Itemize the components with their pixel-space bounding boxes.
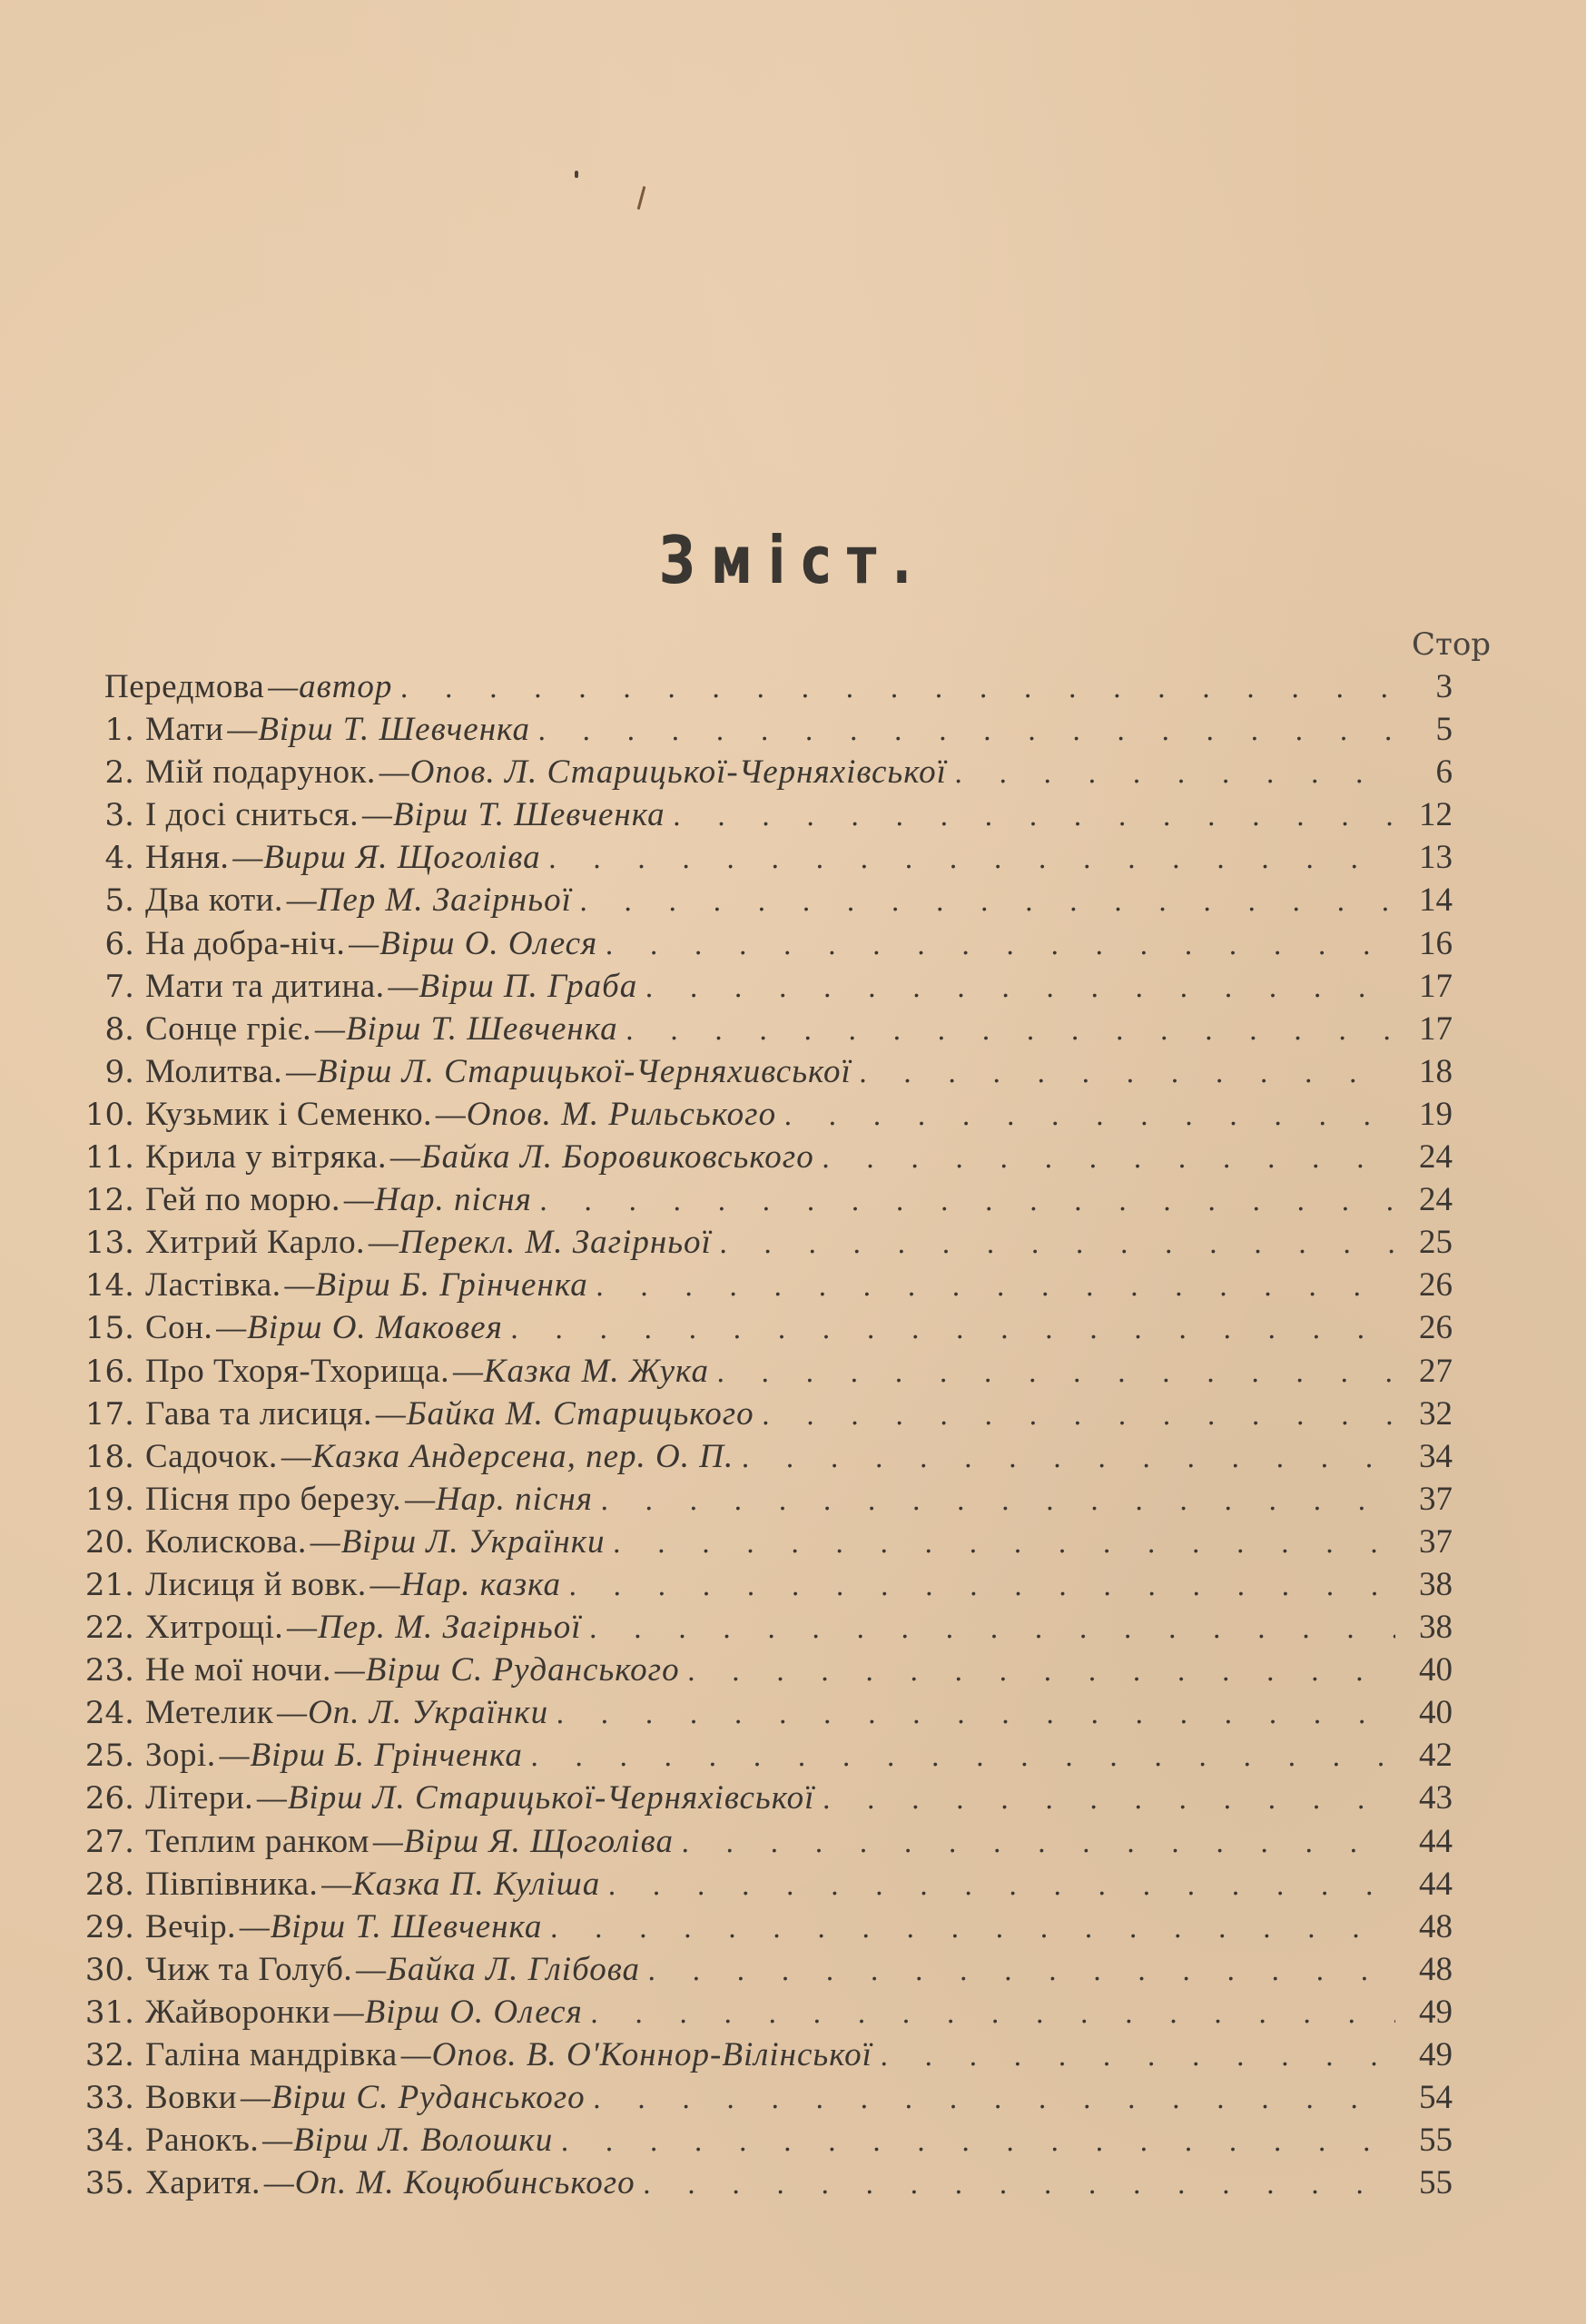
entry-page-number: 18 — [1403, 1050, 1453, 1093]
entry-number: 18. — [54, 1436, 145, 1479]
entry-author: —Вірш Л. Старицької-Черняхівської — [257, 1777, 814, 1819]
entry-title: І досі сниться. — [145, 793, 359, 836]
entry-author: —Вірш Т. Шевченка — [315, 1008, 618, 1050]
entry-author: —Казка П. Куліша — [321, 1863, 600, 1905]
entry-number: 9. — [54, 1051, 145, 1094]
toc-entry: 33. Вовки —Вірш С. Руданського 54 — [54, 2076, 1453, 2119]
entry-author: —Нар. пісня — [405, 1478, 593, 1521]
entry-title: Пісня про березу. — [145, 1478, 401, 1521]
entry-page-number: 26 — [1403, 1264, 1453, 1306]
entry-page-number: 49 — [1403, 2033, 1453, 2076]
dot-leader — [596, 1265, 1395, 1308]
dot-leader — [530, 1736, 1395, 1778]
entry-page-number: 24 — [1403, 1178, 1453, 1221]
entry-page-number: 17 — [1403, 1008, 1453, 1050]
entry-page-number: 12 — [1403, 793, 1453, 836]
entry-title: Ранокъ. — [145, 2119, 259, 2162]
toc-entry: 10. Кузьмик і Семенко. —Опов. М. Рильськ… — [54, 1093, 1453, 1136]
dot-leader — [537, 710, 1395, 753]
entry-title: На добра-ніч. — [145, 922, 345, 965]
entry-number: 30. — [54, 1949, 145, 1992]
entry-number: 10. — [54, 1094, 145, 1137]
entry-title: Про Тхоря-Тхорища. — [145, 1350, 449, 1393]
entry-title: Жайворонки — [145, 1991, 330, 2033]
entry-page-number: 55 — [1403, 2162, 1453, 2204]
entry-page-number: 55 — [1403, 2119, 1453, 2162]
toc-entry: 11. Крила у вітряка. —Байка Л. Боровиков… — [54, 1136, 1453, 1178]
dot-leader — [589, 1608, 1395, 1650]
dot-leader — [510, 1308, 1395, 1351]
entry-page-number: 49 — [1403, 1991, 1453, 2033]
dot-leader — [600, 1480, 1395, 1522]
entry-number: 13. — [54, 1222, 145, 1265]
toc-entry: 8. Сонце гріє. —Вірш Т. Шевченка 17 — [54, 1008, 1453, 1050]
toc-entry: 12. Гей по морю. —Нар. пісня 24 — [54, 1178, 1453, 1221]
entry-author: —Вірш О. Олеся — [334, 1991, 583, 2033]
entry-number: 4. — [54, 837, 145, 880]
entry-page-number: 3 — [1403, 665, 1453, 708]
toc-entry: 7. Мати та дитина. —Вірш П. Граба 17 — [54, 965, 1453, 1008]
dot-leader — [681, 1822, 1395, 1865]
entry-number: 19. — [54, 1479, 145, 1521]
dot-leader — [607, 1865, 1395, 1907]
entry-page-number: 34 — [1403, 1435, 1453, 1478]
table-of-contents: Передмова —автор 3 1. Мати —Вірш Т. Шевч… — [54, 665, 1453, 2204]
toc-entry: 13. Хитрий Карло. —Перекл. М. Загірньої … — [54, 1221, 1453, 1264]
entry-author: —Опов. В. О'Коннор-Вілінської — [401, 2033, 872, 2076]
dot-leader — [568, 1565, 1395, 1608]
dot-leader — [579, 881, 1395, 923]
scanned-page: Зміст. Стор Передмова —автор 3 1. Мати —… — [0, 0, 1586, 2324]
entry-title: Зорі. — [145, 1734, 216, 1777]
entry-page-number: 42 — [1403, 1734, 1453, 1777]
entry-number: 11. — [54, 1137, 145, 1179]
entry-title: Не мої ночи. — [145, 1649, 331, 1691]
entry-number: 21. — [54, 1564, 145, 1607]
entry-number: 16. — [54, 1351, 145, 1393]
entry-author: —Пер М. Загірньої — [287, 879, 572, 921]
toc-entry: 21. Лисиця й вовк. —Нар. казка 38 — [54, 1563, 1453, 1606]
toc-entry: 19. Пісня про березу. —Нар. пісня 37 — [54, 1478, 1453, 1521]
dot-leader — [859, 1052, 1395, 1095]
entry-number: 24. — [54, 1692, 145, 1735]
dot-leader — [762, 1394, 1395, 1437]
entry-title: Мій подарунок. — [145, 751, 376, 793]
entry-number: 8. — [54, 1009, 145, 1051]
entry-title: Вечір. — [145, 1905, 236, 1948]
dot-leader — [560, 2121, 1395, 2163]
dot-leader — [880, 2035, 1395, 2078]
dot-leader — [645, 967, 1395, 1009]
entry-title: Галіна мандрівка — [145, 2033, 398, 2076]
entry-author: —Казка Андерсена, пер. О. П. — [281, 1435, 734, 1478]
entry-author: —Вирш Я. Щоголіва — [232, 836, 540, 879]
entry-author: —Вірш Л. Старицької-Черняхивської — [286, 1050, 852, 1093]
dot-leader — [954, 753, 1395, 795]
entry-author: —Вірш О. Олеся — [349, 922, 597, 965]
entry-page-number: 38 — [1403, 1563, 1453, 1606]
toc-entry: 14. Ластівка. —Вірш Б. Грінченка 26 — [54, 1264, 1453, 1306]
dot-leader — [556, 1693, 1395, 1736]
entry-author: —Вірш Т. Шевченка — [227, 708, 530, 751]
page-title: Зміст. — [174, 522, 1412, 598]
toc-entry: Передмова —автор 3 — [54, 665, 1453, 708]
entry-title: Молитва. — [145, 1050, 282, 1093]
entry-page-number: 25 — [1403, 1221, 1453, 1264]
entry-title: Хитрий Карло. — [145, 1221, 365, 1264]
entry-author: —Казка М. Жука — [453, 1350, 709, 1393]
entry-number: 28. — [54, 1864, 145, 1906]
entry-number: 7. — [54, 966, 145, 1009]
toc-entry: 30. Чиж та Голуб. —Байка Л. Глібова 48 — [54, 1948, 1453, 1991]
entry-page-number: 26 — [1403, 1306, 1453, 1349]
dot-leader — [673, 795, 1395, 838]
dot-leader — [741, 1437, 1395, 1480]
toc-entry: 16. Про Тхоря-Тхорища. —Казка М. Жука 27 — [54, 1350, 1453, 1393]
entry-author: —Байка М. Старицького — [376, 1393, 754, 1435]
dot-leader — [590, 1993, 1395, 2035]
entry-number: 22. — [54, 1607, 145, 1649]
entry-title: Мати та дитина. — [145, 965, 384, 1008]
entry-author: —Вірш Л. Українки — [310, 1521, 606, 1563]
entry-title: Няня. — [145, 836, 229, 879]
toc-entry: 17. Гава та лисиця. —Байка М. Старицьког… — [54, 1393, 1453, 1435]
entry-page-number: 37 — [1403, 1521, 1453, 1563]
entry-author: —Перекл. М. Загірньої — [369, 1221, 712, 1264]
entry-title: Передмова — [104, 665, 264, 708]
dot-leader — [549, 1907, 1395, 1950]
entry-title: Кузьмик і Семенко. — [145, 1093, 432, 1136]
entry-page-number: 17 — [1403, 965, 1453, 1008]
entry-number: 14. — [54, 1265, 145, 1307]
entry-author: —автор — [268, 665, 392, 708]
entry-page-number: 40 — [1403, 1691, 1453, 1734]
entry-number: 31. — [54, 1992, 145, 2034]
dot-leader — [539, 1180, 1395, 1223]
entry-author: —Вірш Б. Грінченка — [284, 1264, 587, 1306]
entry-number: 5. — [54, 880, 145, 922]
entry-author: —Вірш Т. Шевченка — [240, 1905, 543, 1948]
entry-page-number: 5 — [1403, 708, 1453, 751]
dot-leader — [687, 1650, 1395, 1693]
toc-entry: 24. Метелик —Оп. Л. Українки 40 — [54, 1691, 1453, 1734]
ink-speck — [575, 171, 578, 178]
dot-leader — [548, 838, 1395, 881]
entry-author: —Вірш С. Руданського — [241, 2076, 586, 2119]
entry-author: —Байка Л. Боровиковського — [390, 1136, 814, 1178]
entry-page-number: 16 — [1403, 922, 1453, 965]
entry-author: —Оп. Л. Українки — [277, 1691, 548, 1734]
entry-page-number: 40 — [1403, 1649, 1453, 1691]
toc-entry: 35. Харитя. —Оп. М. Коцюбинського 55 — [54, 2162, 1453, 2204]
entry-number: 2. — [54, 752, 145, 794]
entry-page-number: 37 — [1403, 1478, 1453, 1521]
entry-author: —Вірш Б. Грінченка — [220, 1734, 523, 1777]
toc-entry: 31. Жайворонки —Вірш О. Олеся 49 — [54, 1991, 1453, 2033]
dot-leader — [822, 1778, 1395, 1821]
toc-entry: 22. Хитрощі. —Пер. М. Загірньої 38 — [54, 1606, 1453, 1649]
entry-title: Харитя. — [145, 2162, 261, 2204]
toc-entry: 2. Мій подарунок. —Опов. Л. Старицької-Ч… — [54, 751, 1453, 793]
entry-title: Два коти. — [145, 879, 283, 921]
entry-page-number: 27 — [1403, 1350, 1453, 1393]
entry-title: Сонце гріє. — [145, 1008, 311, 1050]
toc-entry: 15. Сон. —Вірш О. Маковея 26 — [54, 1306, 1453, 1349]
dot-leader — [605, 924, 1395, 967]
toc-entry: 3. І досі сниться. —Вірш Т. Шевченка 12 — [54, 793, 1453, 836]
entry-title: Мати — [145, 708, 223, 751]
entry-author: —Вірш О. Маковея — [216, 1306, 503, 1349]
entry-title: Хитрощі. — [145, 1606, 283, 1649]
entry-author: —Вірш Я. Щоголіва — [373, 1820, 674, 1863]
entry-number: 26. — [54, 1777, 145, 1820]
entry-page-number: 32 — [1403, 1393, 1453, 1435]
entry-number: 3. — [54, 794, 145, 837]
ink-speck — [637, 186, 646, 210]
toc-entry: 6. На добра-ніч. —Вірш О. Олеся 16 — [54, 922, 1453, 965]
dot-leader — [822, 1137, 1395, 1180]
entry-author: —Опов. Л. Старицької-Черняхівської — [379, 751, 947, 793]
entry-number: 15. — [54, 1307, 145, 1350]
toc-entry: 4. Няня. —Вирш Я. Щоголіва 13 — [54, 836, 1453, 879]
entry-title: Теплим ранком — [145, 1820, 369, 1863]
entry-title: Сон. — [145, 1306, 212, 1349]
entry-number: 6. — [54, 923, 145, 966]
entry-title: Літери. — [145, 1777, 253, 1819]
entry-number: 12. — [54, 1179, 145, 1222]
dot-leader — [626, 1009, 1395, 1052]
entry-author: —Опов. М. Рильського — [436, 1093, 776, 1136]
entry-title: Гей по морю. — [145, 1178, 340, 1221]
entry-page-number: 19 — [1403, 1093, 1453, 1136]
entry-author: —Нар. казка — [370, 1563, 561, 1606]
toc-entry: 5. Два коти. —Пер М. Загірньої 14 — [54, 879, 1453, 921]
entry-number: 1. — [54, 709, 145, 752]
entry-title: Гава та лисиця. — [145, 1393, 372, 1435]
entry-author: —Вірш Т. Шевченка — [362, 793, 665, 836]
entry-page-number: 44 — [1403, 1863, 1453, 1905]
toc-entry: 18. Садочок. —Казка Андерсена, пер. О. П… — [54, 1435, 1453, 1478]
entry-number: 27. — [54, 1821, 145, 1864]
entry-title: Крила у вітряка. — [145, 1136, 387, 1178]
toc-entry: 26. Літери. —Вірш Л. Старицької-Черняхів… — [54, 1777, 1453, 1819]
entry-author: —Байка Л. Глібова — [356, 1948, 640, 1991]
entry-number: 35. — [54, 2162, 145, 2205]
toc-entry: 1. Мати —Вірш Т. Шевченка 5 — [54, 708, 1453, 751]
entry-title: Ластівка. — [145, 1264, 281, 1306]
toc-entry: 28. Півпівника. —Казка П. Куліша 44 — [54, 1863, 1453, 1905]
entry-page-number: 38 — [1403, 1606, 1453, 1649]
entry-number: 32. — [54, 2034, 145, 2077]
dot-leader — [593, 2078, 1395, 2121]
entry-page-number: 54 — [1403, 2076, 1453, 2119]
entry-author: —Вірш Л. Волошки — [262, 2119, 553, 2162]
dot-leader — [647, 1950, 1395, 1993]
entry-page-number: 6 — [1403, 751, 1453, 793]
entry-page-number: 44 — [1403, 1820, 1453, 1863]
page-column-header: Стор — [1412, 626, 1491, 663]
entry-number: 23. — [54, 1649, 145, 1692]
entry-page-number: 48 — [1403, 1948, 1453, 1991]
entry-title: Чиж та Голуб. — [145, 1948, 352, 1991]
entry-title: Лисиця й вовк. — [145, 1563, 367, 1606]
entry-page-number: 43 — [1403, 1777, 1453, 1819]
dot-leader — [783, 1095, 1395, 1137]
dot-leader — [643, 2163, 1395, 2206]
entry-author: —Нар. пісня — [344, 1178, 532, 1221]
entry-number: 34. — [54, 2120, 145, 2162]
entry-number: 33. — [54, 2077, 145, 2120]
entry-title: Садочок. — [145, 1435, 278, 1478]
entry-title: Метелик — [145, 1691, 273, 1734]
dot-leader — [399, 667, 1395, 710]
toc-entry: 29. Вечір. —Вірш Т. Шевченка 48 — [54, 1905, 1453, 1948]
entry-number: 20. — [54, 1521, 145, 1564]
entry-page-number: 13 — [1403, 836, 1453, 879]
entry-page-number: 14 — [1403, 879, 1453, 921]
entry-title: Колискова. — [145, 1521, 307, 1563]
entry-title: Вовки — [145, 2076, 237, 2119]
entry-title: Півпівника. — [145, 1863, 318, 1905]
dot-leader — [716, 1352, 1395, 1394]
entry-author: —Оп. М. Коцюбинського — [264, 2162, 635, 2204]
entry-number: 25. — [54, 1735, 145, 1777]
entry-number: 29. — [54, 1906, 145, 1949]
entry-author: —Вірш П. Граба — [388, 965, 637, 1008]
dot-leader — [613, 1522, 1395, 1565]
entry-page-number: 48 — [1403, 1905, 1453, 1948]
toc-entry: 9. Молитва. —Вірш Л. Старицької-Черняхив… — [54, 1050, 1453, 1093]
dot-leader — [719, 1223, 1395, 1265]
toc-entry: 23. Не мої ночи. —Вірш С. Руданського 40 — [54, 1649, 1453, 1691]
entry-author: —Пер. М. Загірньої — [287, 1606, 581, 1649]
toc-entry: 25. Зорі. —Вірш Б. Грінченка 42 — [54, 1734, 1453, 1777]
toc-entry: 32. Галіна мандрівка —Опов. В. О'Коннор-… — [54, 2033, 1453, 2076]
entry-author: —Вірш С. Руданського — [335, 1649, 680, 1691]
toc-entry: 20. Колискова. —Вірш Л. Українки 37 — [54, 1521, 1453, 1563]
entry-number: 17. — [54, 1393, 145, 1436]
entry-page-number: 24 — [1403, 1136, 1453, 1178]
toc-entry: 27. Теплим ранком —Вірш Я. Щоголіва 44 — [54, 1820, 1453, 1863]
toc-entry: 34. Ранокъ. —Вірш Л. Волошки 55 — [54, 2119, 1453, 2162]
